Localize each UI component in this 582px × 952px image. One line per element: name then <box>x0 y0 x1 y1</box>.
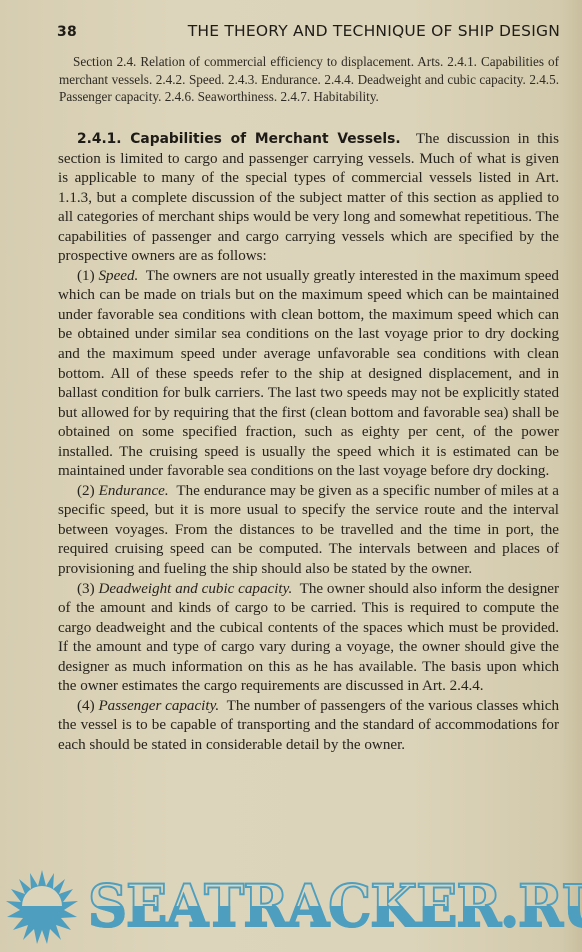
item-text: The owners are not usually greatly inter… <box>58 268 559 479</box>
item-title: Deadweight and cubic capacity. <box>98 581 292 597</box>
item-title: Passenger capacity. <box>98 698 219 714</box>
item-title: Endurance. <box>99 483 169 499</box>
section-summary: Section 2.4. Relation of commercial effi… <box>59 53 559 106</box>
section-summary-text: Section 2.4. Relation of commercial effi… <box>59 53 559 106</box>
item-number: (1) <box>77 268 95 284</box>
item-paragraph-passenger-capacity: (4) Passenger capacity. The number of pa… <box>58 697 559 756</box>
article-heading: 2.4.1. Capabilities of Merchant Vessels. <box>77 131 401 147</box>
item-paragraph-speed: (1) Speed. The owners are not usually gr… <box>58 267 559 482</box>
article-intro-text: The discussion in this section is limite… <box>58 131 559 264</box>
watermark-text: SEATRACKER.RU <box>88 876 582 936</box>
item-number: (3) <box>77 581 95 597</box>
book-page: 38 THE THEORY AND TECHNIQUE OF SHIP DESI… <box>0 0 582 952</box>
item-number: (4) <box>77 698 95 714</box>
item-paragraph-deadweight: (3) Deadweight and cubic capacity. The o… <box>58 580 559 697</box>
sun-over-water-icon <box>4 866 84 948</box>
article-intro-paragraph: 2.4.1. Capabilities of Merchant Vessels.… <box>58 130 559 267</box>
page-number: 38 <box>57 24 77 40</box>
watermark: SEATRACKER.RU <box>4 866 582 948</box>
item-paragraph-endurance: (2) Endurance. The endurance may be give… <box>58 482 559 580</box>
item-number: (2) <box>77 483 95 499</box>
article-body: 2.4.1. Capabilities of Merchant Vessels.… <box>58 130 559 756</box>
item-title: Speed. <box>98 268 138 284</box>
item-text: The owner should also inform the designe… <box>58 581 559 695</box>
running-title: THE THEORY AND TECHNIQUE OF SHIP DESIGN <box>188 22 560 40</box>
running-header: 38 THE THEORY AND TECHNIQUE OF SHIP DESI… <box>57 22 560 44</box>
